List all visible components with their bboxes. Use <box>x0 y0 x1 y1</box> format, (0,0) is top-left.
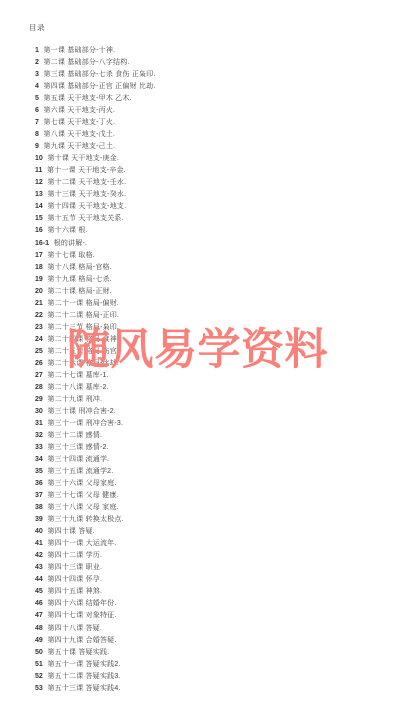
toc-item-number: 46 <box>35 600 43 607</box>
toc-item-number: 6 <box>35 107 39 114</box>
toc-item: 19 第十九课 格局-七杀. <box>35 274 398 286</box>
toc-item-number: 49 <box>35 637 43 644</box>
toc-item: 20 第二十课 格局-正财. <box>35 286 398 298</box>
toc-item-label: 第二课 基础部分-八字结构. <box>41 59 129 66</box>
toc-item-label: 第三十四课 流通学. <box>45 456 109 463</box>
toc-item-number: 13 <box>35 191 43 198</box>
toc-item-label: 第三十课 刑冲合害-2. <box>45 408 116 415</box>
page-title: 目录 <box>29 23 45 32</box>
toc-item-number: 4 <box>35 83 39 90</box>
toc-item-label: 第二十二课 格局-正印. <box>45 312 119 319</box>
toc-item-label: 第三十七课 父母 健康. <box>45 492 118 499</box>
toc-item-number: 5 <box>35 95 39 102</box>
toc-item: 7 第七课 天干地支-丁火. <box>35 117 398 129</box>
toc-item-label: 第二十四课 格局-食神. <box>45 336 119 343</box>
toc-item-number: 50 <box>35 649 43 656</box>
toc-item: 41 第四十一课 大运流年. <box>35 538 398 550</box>
toc-item-number: 1 <box>35 47 39 54</box>
toc-item-label: 第三十一课 刑冲合害-3. <box>45 420 123 427</box>
toc-item-number: 38 <box>35 504 43 511</box>
toc-item: 10 第十课 天干地支-庚金. <box>35 153 398 165</box>
toc-item-number: 27 <box>35 372 43 379</box>
toc-list: 1 第一课 基础部分-十神. 2 第二课 基础部分-八字结构. 3 第三课 基础… <box>35 45 398 695</box>
toc-item: 24 第二十四课 格局-食神. <box>35 334 398 346</box>
toc-item-label: 根的讲解-. <box>52 240 88 247</box>
toc-item: 11 第十一课 天干地支-辛金. <box>35 165 398 177</box>
toc-item-number: 23 <box>35 324 43 331</box>
toc-item-label: 第四十六课 结婚年份. <box>45 600 116 607</box>
toc-item-number: 42 <box>35 552 43 559</box>
toc-item-number: 39 <box>35 516 43 523</box>
toc-item: 3 第三课 基础部分-七杀 食伤 正枭印. <box>35 69 398 81</box>
toc-item-number: 12 <box>35 179 43 186</box>
toc-item-label: 第五十三课 答疑实践4. <box>45 685 120 692</box>
toc-item-number: 9 <box>35 143 39 150</box>
toc-item-number: 19 <box>35 276 43 283</box>
toc-item-label: 第六课 天干地支-丙火. <box>41 107 115 114</box>
toc-item-label: 第四十二课 学历. <box>45 552 102 559</box>
toc-item: 45 第四十五课 神煞. <box>35 586 398 598</box>
toc-item-label: 第五十二课 答疑实践3. <box>45 673 120 680</box>
toc-item-label: 第二十一课 格局-偏财. <box>45 300 119 307</box>
toc-item-number: 7 <box>35 119 39 126</box>
toc-item-label: 第三十六课 父母家庭. <box>45 480 116 487</box>
toc-item-number: 29 <box>35 396 43 403</box>
toc-item-label: 第五课 天干地支-甲木 乙木. <box>41 95 131 102</box>
toc-item-number: 37 <box>35 492 43 499</box>
toc-item-number: 2 <box>35 59 39 66</box>
toc-item: 29 第二十九课 刑冲. <box>35 394 398 406</box>
toc-item: 23 第二十三节 格局-枭印. <box>35 322 398 334</box>
toc-item-label: 第七课 天干地支-丁火. <box>41 119 115 126</box>
toc-item: 31 第三十一课 刑冲合害-3. <box>35 418 398 430</box>
toc-item-number: 34 <box>35 456 43 463</box>
toc-item-label: 第四十一课 大运流年. <box>45 540 116 547</box>
toc-item: 26 第二十六课 格局-比劫. <box>35 358 398 370</box>
toc-item-label: 第四课 基础部分-正官 正偏财 比劫. <box>41 83 155 90</box>
toc-item: 33 第三十三课 感情-2. <box>35 442 398 454</box>
toc-item: 30 第三十课 刑冲合害-2. <box>35 406 398 418</box>
toc-item-label: 第三十八课 父母 家庭. <box>45 504 118 511</box>
toc-item: 37 第三十七课 父母 健康. <box>35 490 398 502</box>
toc-item-label: 第二十三节 格局-枭印. <box>45 324 119 331</box>
toc-item-label: 第三十九课 转换太极点. <box>45 516 123 523</box>
toc-item-number: 3 <box>35 71 39 78</box>
toc-item-label: 第八课 天干地支-戊土. <box>41 131 115 138</box>
toc-item-number: 16 <box>35 227 43 234</box>
toc-item: 25 第二十五课 格局-伤官. <box>35 346 398 358</box>
toc-item-label: 第四十八课 答疑. <box>45 625 102 632</box>
toc-item-label: 第二十七课 墓库-1. <box>45 372 108 379</box>
toc-item: 47 第四十七课 对象特征. <box>35 610 398 622</box>
toc-item-label: 第十一课 天干地支-辛金. <box>45 167 126 174</box>
toc-item: 46 第四十六课 结婚年份. <box>35 598 398 610</box>
toc-item: 43 第四十三课 职业. <box>35 562 398 574</box>
toc-item-label: 第五十一课 答疑实践2. <box>45 661 120 668</box>
toc-item-number: 43 <box>35 564 43 571</box>
toc-item-label: 第二十五课 格局-伤官. <box>45 348 119 355</box>
toc-item-label: 第十五节 天干地支关系. <box>45 215 123 222</box>
toc-item: 53 第五十三课 答疑实践4. <box>35 683 398 695</box>
toc-item-number: 21 <box>35 300 43 307</box>
toc-item-number: 8 <box>35 131 39 138</box>
toc-item-number: 25 <box>35 348 43 355</box>
toc-item: 4 第四课 基础部分-正官 正偏财 比劫. <box>35 81 398 93</box>
toc-item-label: 第十六课 根. <box>45 227 87 234</box>
toc-item-label: 第五十课 答疑实践. <box>45 649 109 656</box>
toc-item: 42 第四十二课 学历. <box>35 550 398 562</box>
toc-item-number: 40 <box>35 528 43 535</box>
toc-item-number: 18 <box>35 264 43 271</box>
toc-item-number: 17 <box>35 252 43 259</box>
toc-item-label: 第二十课 格局-正财. <box>45 288 112 295</box>
toc-item-number: 52 <box>35 673 43 680</box>
toc-item-number: 51 <box>35 661 43 668</box>
toc-item: 44 第四十四课 怀孕. <box>35 574 398 586</box>
toc-item: 32 第三十二课 感情. <box>35 430 398 442</box>
toc-item: 16-1 根的讲解-. <box>35 238 398 250</box>
toc-item-number: 36 <box>35 480 43 487</box>
toc-item-number: 30 <box>35 408 43 415</box>
toc-item-label: 第十七课 取格. <box>45 252 95 259</box>
toc-item: 6 第六课 天干地支-丙火. <box>35 105 398 117</box>
toc-item: 27 第二十七课 墓库-1. <box>35 370 398 382</box>
toc-item: 38 第三十八课 父母 家庭. <box>35 502 398 514</box>
toc-item-number: 11 <box>35 167 42 174</box>
toc-item-label: 第四十三课 职业. <box>45 564 102 571</box>
toc-item-number: 16-1 <box>35 240 49 247</box>
toc-item-label: 第十四课 天干地支-地支. <box>45 203 126 210</box>
toc-item-label: 第十三课 天干地支-癸水. <box>45 191 126 198</box>
toc-item-number: 15 <box>35 215 43 222</box>
toc-item: 50 第五十课 答疑实践. <box>35 647 398 659</box>
toc-item-label: 第三十五课 流通学2. <box>45 468 113 475</box>
toc-item: 52 第五十二课 答疑实践3. <box>35 671 398 683</box>
toc-item-label: 第三十三课 感情-2. <box>45 444 108 451</box>
toc-item: 16 第十六课 根. <box>35 225 398 237</box>
toc-item-number: 33 <box>35 444 43 451</box>
toc-item-label: 第三十二课 感情. <box>45 432 102 439</box>
toc-item: 9 第九课 天干地支-己土. <box>35 141 398 153</box>
toc-item-number: 35 <box>35 468 43 475</box>
toc-item: 18 第十八课 格局-官格. <box>35 262 398 274</box>
toc-item-label: 第十八课 格局-官格. <box>45 264 112 271</box>
toc-item-label: 第四十九课 合婚答疑. <box>45 637 116 644</box>
toc-item: 39 第三十九课 转换太极点. <box>35 514 398 526</box>
toc-item-number: 26 <box>35 360 43 367</box>
toc-item-number: 22 <box>35 312 43 319</box>
toc-item-number: 53 <box>35 685 43 692</box>
toc-item: 12 第十二课 天干地支-壬水. <box>35 177 398 189</box>
toc-item-number: 47 <box>35 612 43 619</box>
toc-item: 48 第四十八课 答疑. <box>35 623 398 635</box>
toc-item: 40 第四十课 答疑. <box>35 526 398 538</box>
toc-item-label: 第十课 天干地支-庚金. <box>45 155 119 162</box>
toc-item: 17 第十七课 取格. <box>35 250 398 262</box>
toc-item-label: 第四十四课 怀孕. <box>45 576 102 583</box>
toc-item-number: 10 <box>35 155 43 162</box>
toc-item: 14 第十四课 天干地支-地支. <box>35 201 398 213</box>
toc-item-label: 第四十五课 神煞. <box>45 588 102 595</box>
toc-item-number: 48 <box>35 625 43 632</box>
toc-item: 22 第二十二课 格局-正印. <box>35 310 398 322</box>
toc-item: 15 第十五节 天干地支关系. <box>35 213 398 225</box>
toc-item: 28 第二十八课 墓库-2. <box>35 382 398 394</box>
document-page: 目录 1 第一课 基础部分-十神. 2 第二课 基础部分-八字结构. 3 第三课… <box>0 0 402 705</box>
toc-item-label: 第二十九课 刑冲. <box>45 396 102 403</box>
toc-item-label: 第一课 基础部分-十神. <box>41 47 115 54</box>
toc-item-label: 第二十八课 墓库-2. <box>45 384 108 391</box>
toc-item-label: 第三课 基础部分-七杀 食伤 正枭印. <box>41 71 155 78</box>
toc-item-label: 第二十六课 格局-比劫. <box>45 360 119 367</box>
toc-item: 8 第八课 天干地支-戊土. <box>35 129 398 141</box>
toc-item: 1 第一课 基础部分-十神. <box>35 45 398 57</box>
toc-item-label: 第九课 天干地支-己土. <box>41 143 115 150</box>
toc-item: 2 第二课 基础部分-八字结构. <box>35 57 398 69</box>
toc-item: 21 第二十一课 格局-偏财. <box>35 298 398 310</box>
toc-item: 5 第五课 天干地支-甲木 乙木. <box>35 93 398 105</box>
toc-item-label: 第十二课 天干地支-壬水. <box>45 179 126 186</box>
toc-item: 34 第三十四课 流通学. <box>35 454 398 466</box>
toc-item: 36 第三十六课 父母家庭. <box>35 478 398 490</box>
toc-item-number: 14 <box>35 203 43 210</box>
toc-item: 49 第四十九课 合婚答疑. <box>35 635 398 647</box>
toc-item-number: 41 <box>35 540 43 547</box>
toc-item-number: 20 <box>35 288 43 295</box>
toc-item-number: 44 <box>35 576 43 583</box>
toc-item: 13 第十三课 天干地支-癸水. <box>35 189 398 201</box>
toc-item: 51 第五十一课 答疑实践2. <box>35 659 398 671</box>
toc-item-number: 45 <box>35 588 43 595</box>
toc-item-label: 第四十课 答疑. <box>45 528 95 535</box>
toc-item-label: 第十九课 格局-七杀. <box>45 276 112 283</box>
toc-item: 35 第三十五课 流通学2. <box>35 466 398 478</box>
toc-item-number: 24 <box>35 336 43 343</box>
toc-item-number: 31 <box>35 420 43 427</box>
toc-item-number: 32 <box>35 432 43 439</box>
toc-item-label: 第四十七课 对象特征. <box>45 612 116 619</box>
toc-item-number: 28 <box>35 384 43 391</box>
